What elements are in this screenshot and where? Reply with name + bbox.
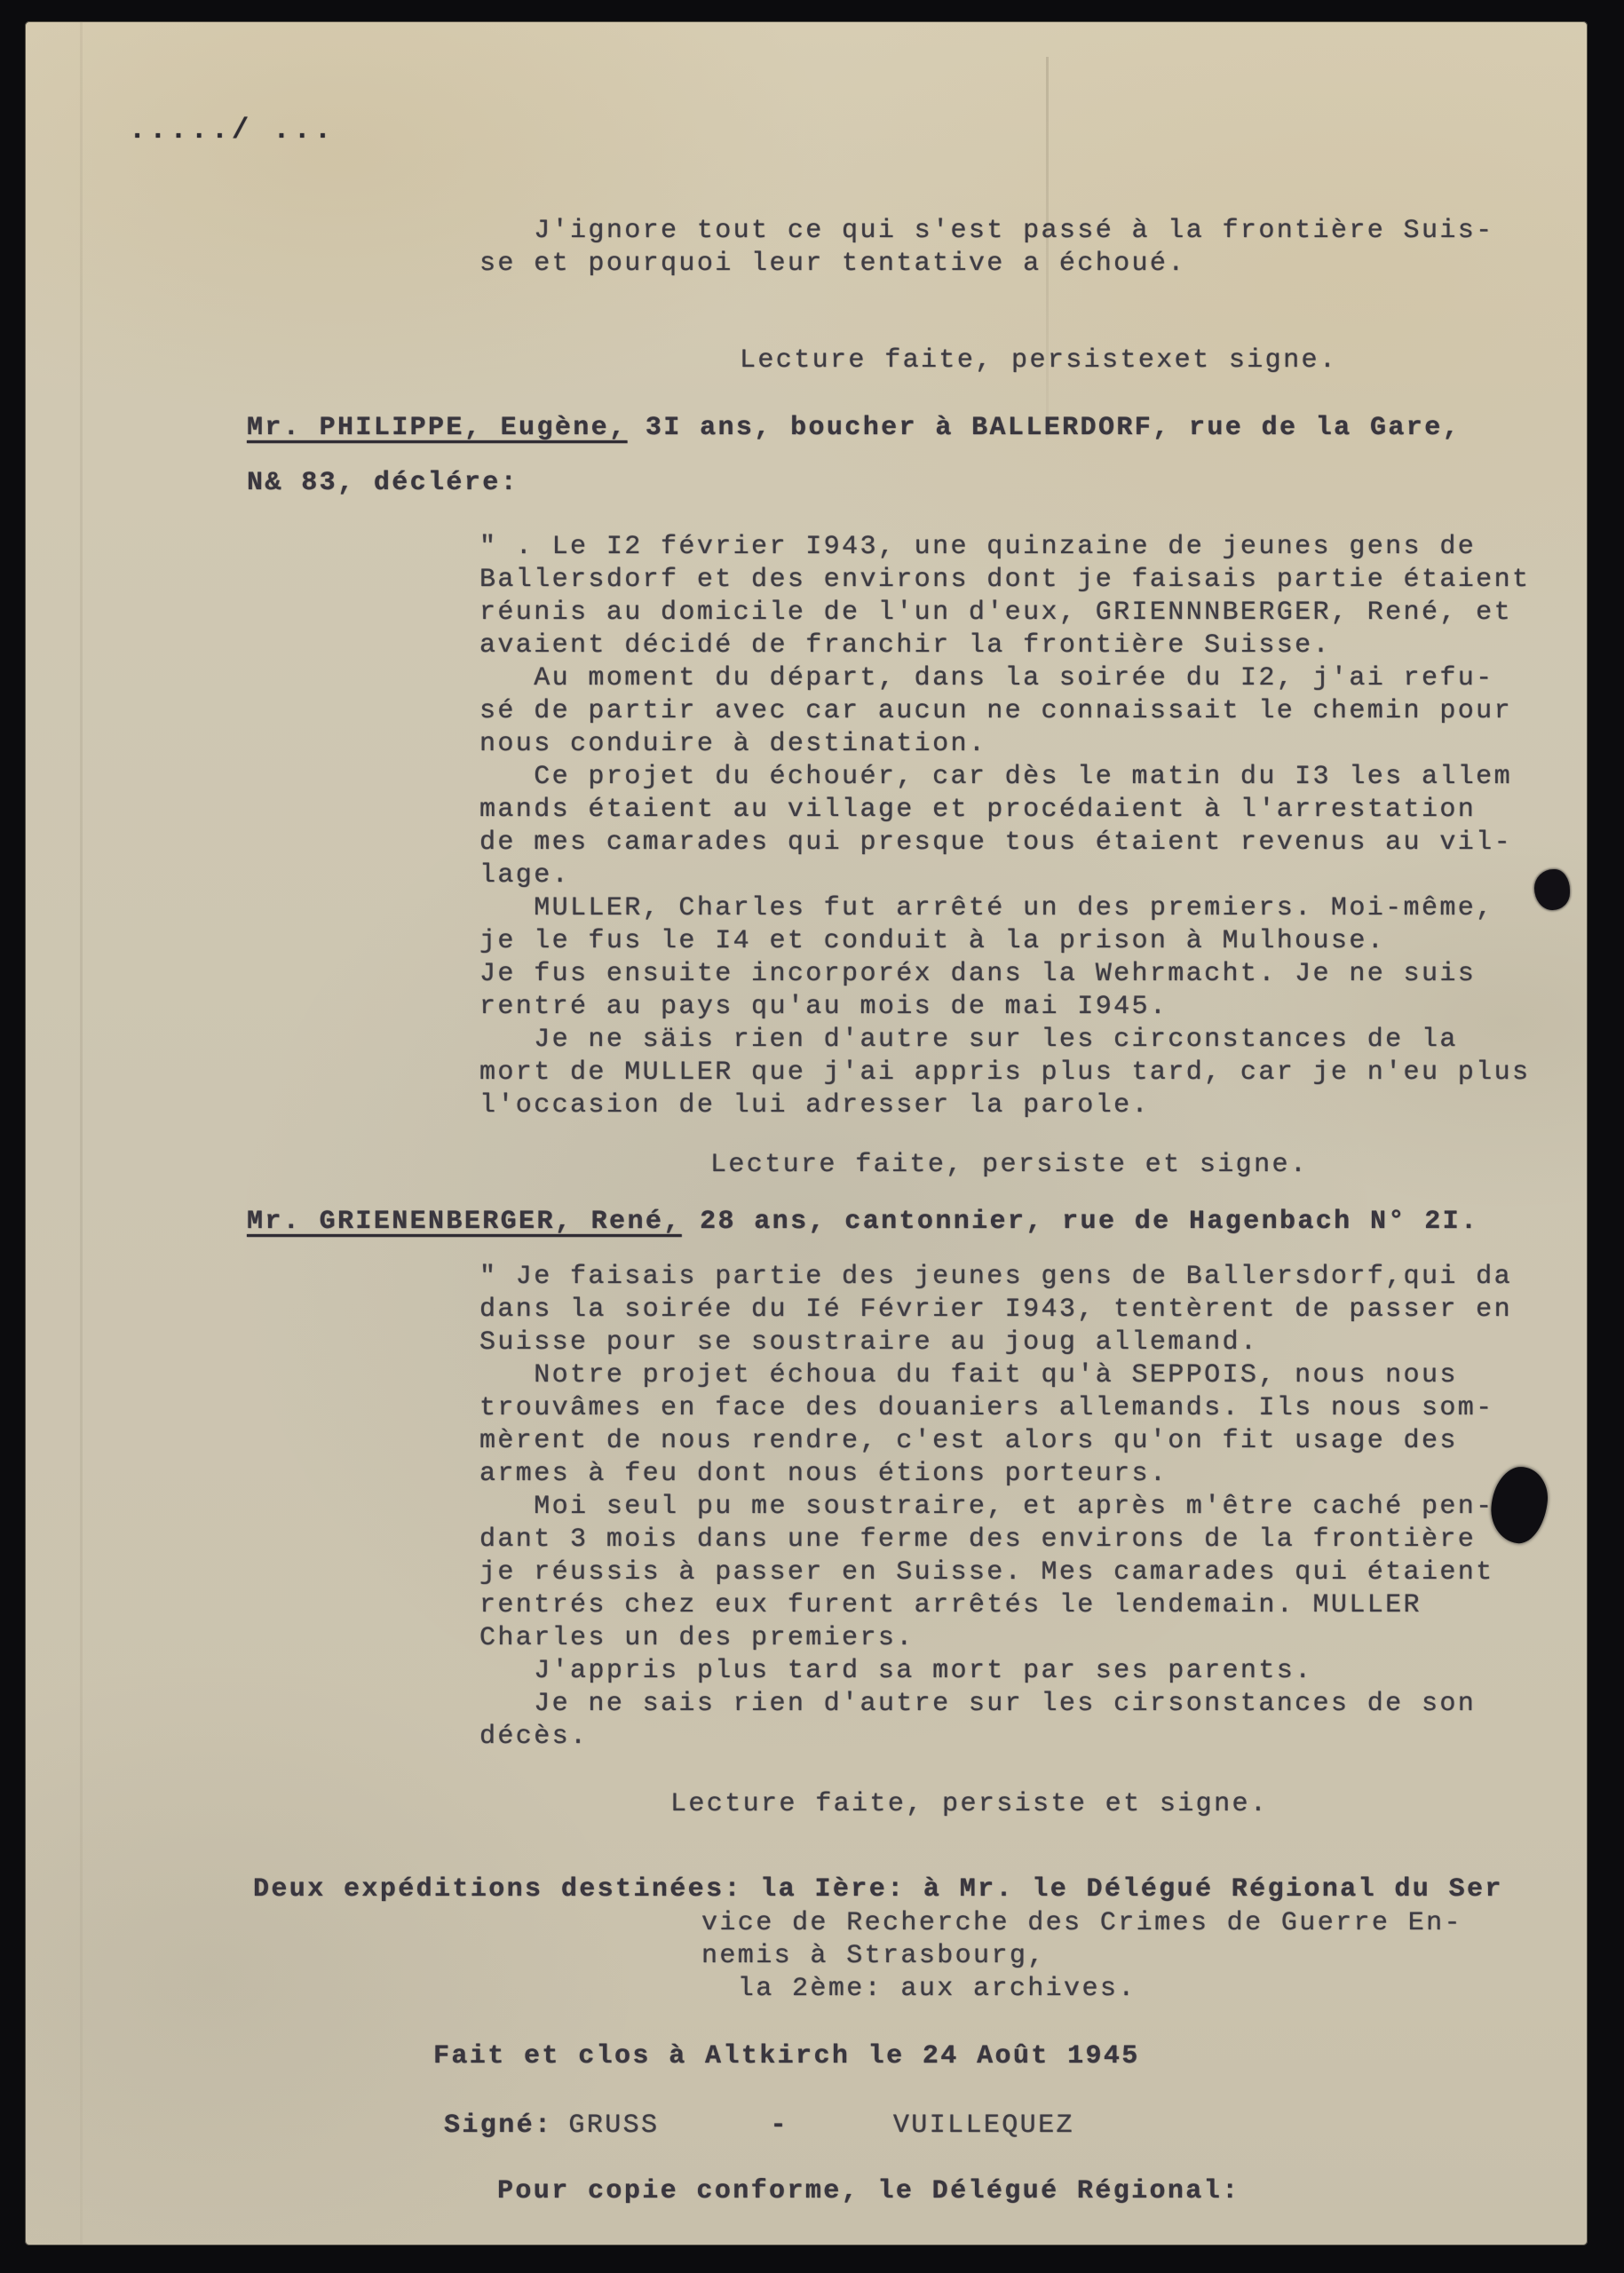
statement-line: J'appris plus tard sa mort par ses paren… xyxy=(479,1655,1512,1688)
statement-line: " Je faisais partie des jeunes gens de B… xyxy=(479,1261,1512,1294)
statement-line: sé de partir avec car aucun ne connaissa… xyxy=(479,695,1530,728)
statement-line: l'occasion de lui adresser la parole. xyxy=(479,1089,1530,1122)
intro-paragraph: J'ignore tout ce qui s'est passé à la fr… xyxy=(479,215,1494,281)
statement-line: nous conduire à destination. xyxy=(479,728,1530,761)
dispatch-line: la 2ème: aux archives. xyxy=(701,1973,1462,2006)
witness2-statement: " Je faisais partie des jeunes gens de B… xyxy=(479,1261,1512,1754)
statement-line: dans la soirée du Ié Février I943, tentè… xyxy=(479,1294,1512,1327)
dispatch-line: nemis à Strasbourg, xyxy=(701,1940,1462,1973)
ink-blot-right-1 xyxy=(1534,869,1570,910)
statement-line: avaient décidé de franchir la frontière … xyxy=(479,630,1530,662)
typed-text-layer: ...../ ... J'ignore tout ce qui s'est pa… xyxy=(25,21,1588,2245)
dispatch-line: vice de Recherche des Crimes de Guerre E… xyxy=(701,1907,1462,1940)
signed-label: Signé: xyxy=(444,2110,552,2142)
witness2-heading-rest: 28 ans, cantonnier, rue de Hagenbach N° … xyxy=(682,1207,1479,1237)
statement-line: Au moment du départ, dans la soirée du I… xyxy=(479,662,1530,695)
scanned-document-photo: { "meta": { "background_color": "#0c0c0e… xyxy=(0,0,1624,2273)
statement-line: rentré au pays qu'au mois de mai I945. xyxy=(479,991,1530,1024)
statement-line: Notre projet échoua du fait qu'à SEPPOIS… xyxy=(479,1359,1512,1392)
statement-line: Je ne sais rien d'autre sur les cirsonst… xyxy=(479,1688,1512,1721)
copy-conforme-line: Pour copie conforme, le Délégué Régional… xyxy=(497,2175,1240,2208)
statement-line: réunis au domicile de l'un d'eux, GRIENN… xyxy=(479,597,1530,630)
witness1-name-underlined: Mr. PHILIPPE, Eugène, xyxy=(247,413,627,443)
statement-line: Je ne säis rien d'autre sur les circonst… xyxy=(479,1024,1530,1057)
signature-vuillequez: VUILLEQUEZ xyxy=(893,2110,1074,2142)
statement-line: Moi seul pu me soustraire, et après m'êt… xyxy=(479,1491,1512,1524)
statement-line: lage. xyxy=(479,859,1530,892)
signature-gruss: GRUSS xyxy=(568,2110,659,2142)
statement-line: je le fus le I4 et conduit à la prison à… xyxy=(479,925,1530,958)
document-page: ...../ ... J'ignore tout ce qui s'est pa… xyxy=(25,21,1588,2245)
intro-line: se et pourquoi leur tentative a échoué. xyxy=(479,248,1494,281)
witness2-heading: Mr. GRIENENBERGER, René, 28 ans, cantonn… xyxy=(247,1206,1478,1239)
statement-line: mort de MULLER que j'ai appris plus tard… xyxy=(479,1057,1530,1089)
lecture-faite-line-2: Lecture faite, persiste et signe. xyxy=(710,1149,1308,1182)
lecture-faite-line-3: Lecture faite, persiste et signe. xyxy=(670,1788,1268,1821)
statement-line: Je fus ensuite incorporéx dans la Wehrma… xyxy=(479,958,1530,991)
intro-line: J'ignore tout ce qui s'est passé à la fr… xyxy=(479,215,1494,248)
place-date-line: Fait et clos à Altkirch le 24 Août 1945 xyxy=(433,2040,1140,2073)
statement-line: Charles un des premiers. xyxy=(479,1622,1512,1655)
statement-line: Suisse pour se soustraire au joug allema… xyxy=(479,1327,1512,1359)
statement-line: armes à feu dont nous étions porteurs. xyxy=(479,1458,1512,1491)
statement-line: décès. xyxy=(479,1721,1512,1754)
witness2-name-underlined: Mr. GRIENENBERGER, René, xyxy=(247,1207,682,1237)
dispatch-line-1: Deux expéditions destinées: la Ière: à M… xyxy=(253,1873,1503,1906)
signature-separator: - xyxy=(770,2110,788,2142)
statement-line: " . Le I2 février I943, une quinzaine de… xyxy=(479,531,1530,564)
statement-line: trouvâmes en face des douaniers allemand… xyxy=(479,1392,1512,1425)
continuation-mark: ...../ ... xyxy=(129,114,335,147)
witness1-statement: " . Le I2 février I943, une quinzaine de… xyxy=(479,531,1530,1122)
signature-line: Signé:GRUSS-VUILLEQUEZ xyxy=(444,2110,1074,2142)
witness1-heading: Mr. PHILIPPE, Eugène, 3I ans, boucher à … xyxy=(247,412,1461,445)
witness1-heading-line2: N& 83, déclére: xyxy=(247,467,519,500)
statement-line: rentrés chez eux furent arrêtés le lende… xyxy=(479,1589,1512,1622)
witness1-heading-rest: 3I ans, boucher à BALLERDORF, rue de la … xyxy=(627,413,1461,443)
statement-line: dant 3 mois dans une ferme des environs … xyxy=(479,1524,1512,1556)
statement-line: mèrent de nous rendre, c'est alors qu'on… xyxy=(479,1425,1512,1458)
statement-line: Ballersdorf et des environs dont je fais… xyxy=(479,564,1530,597)
statement-line: je réussis à passer en Suisse. Mes camar… xyxy=(479,1556,1512,1589)
lecture-faite-line-1: Lecture faite, persistexet signe. xyxy=(740,345,1337,377)
statement-line: MULLER, Charles fut arrêté un des premie… xyxy=(479,892,1530,925)
statement-line: Ce projet du échouér, car dès le matin d… xyxy=(479,761,1530,794)
dispatch-continuation: vice de Recherche des Crimes de Guerre E… xyxy=(701,1907,1462,2006)
statement-line: de mes camarades qui presque tous étaien… xyxy=(479,827,1530,859)
statement-line: mands étaient au village et procédaient … xyxy=(479,794,1530,827)
